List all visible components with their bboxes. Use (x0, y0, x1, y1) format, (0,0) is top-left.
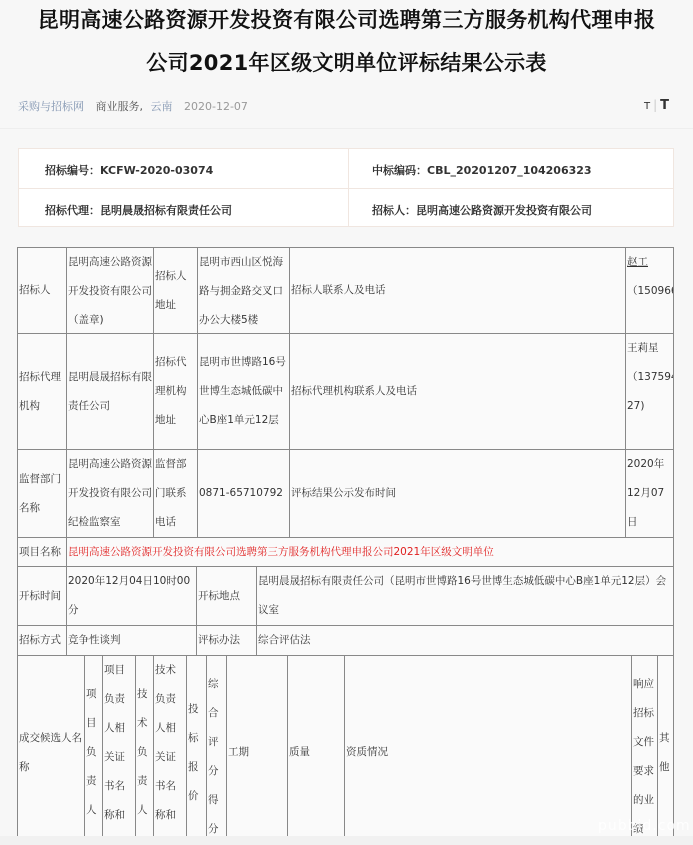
col-performance: 响应招标文件要求的业绩 (631, 655, 658, 845)
col-tech-leader: 技术负责人 (135, 655, 154, 845)
info-box: 招标编号：KCFW-2020-03074 中标编码：CBL_20201207_1… (18, 148, 674, 227)
tender-number: 招标编号：KCFW-2020-03074 (45, 162, 213, 178)
cell-tenderer-name: 昆明高速公路资源开发投资有限公司（盖章) (66, 247, 154, 334)
col-candidate-name: 成交候选人名称 (17, 655, 85, 845)
col-duration: 工期 (226, 655, 288, 845)
col-project-leader: 项目负责人 (84, 655, 103, 845)
col-bid-price: 投标报价 (186, 655, 207, 845)
header-divider (0, 128, 693, 129)
cell-eval-value: 综合评估法 (256, 625, 674, 656)
cell-agent-label: 招标代理机构 (17, 333, 67, 450)
contact-name: 赵工 (627, 256, 648, 268)
cell-method-value: 竞争性谈判 (66, 625, 197, 656)
source-link[interactable]: 采购与招标网 (18, 100, 84, 113)
cell-tenderer-addr-label: 招标人地址 (153, 247, 198, 334)
cell-eval-label: 评标办法 (196, 625, 257, 656)
cell-supervisor-label: 监督部门名称 (17, 449, 67, 538)
font-small-button[interactable]: T (644, 101, 650, 112)
page-title-line1: 昆明高速公路资源开发投资有限公司选聘第三方服务机构代理申报 (0, 4, 693, 34)
article-meta: 采购与招标网 商业服务, 云南 2020-12-07 (18, 98, 256, 114)
contact-phone: （15096659625) (627, 285, 674, 297)
cell-opening-place: 昆明晨晟招标有限责任公司（昆明市世博路16号世博生态城低碳中心B座1单元12层）… (256, 566, 674, 626)
bottom-edge (0, 836, 693, 845)
cell-opening-time: 2020年12月04日10时00分 (66, 566, 197, 626)
page-title-line2: 公司2021年区级文明单位评标结果公示表 (0, 47, 693, 77)
col-score: 综合评分得分 (206, 655, 227, 845)
tender-agent: 招标代理：昆明晨晟招标有限责任公司 (45, 202, 232, 218)
cell-agent-addr: 昆明市世博路16号世博生态城低碳中心B座1单元12层 (197, 333, 290, 450)
col-project-leader-cert: 项目负责人相关证书名称和 (102, 655, 136, 845)
font-separator: | (653, 98, 657, 112)
cell-method-label: 招标方式 (17, 625, 67, 656)
region-link[interactable]: 云南 (151, 100, 173, 113)
award-number: 中标编码：CBL_20201207_104206323 (372, 162, 592, 178)
watermark: pubbid.com (598, 818, 691, 834)
cell-tenderer-addr: 昆明市西山区悦海路与拥金路交叉口办公大楼5楼 (197, 247, 290, 334)
cell-agent-addr-label: 招标代理机构地址 (153, 333, 198, 450)
cell-project-name: 昆明高速公路资源开发投资有限公司选聘第三方服务机构代理申报公司2021年区级文明… (66, 537, 674, 567)
cell-supervisor-phone-label: 监督部门联系电话 (153, 449, 198, 538)
col-other: 其他 (657, 655, 674, 845)
tenderer: 招标人：昆明高速公路资源开发投资有限公司 (372, 202, 592, 218)
cell-tenderer-contact-label: 招标人联系人及电话 (289, 247, 626, 334)
cell-opening-place-label: 开标地点 (196, 566, 257, 626)
cell-supervisor-phone: 0871-65710792 (197, 449, 290, 538)
col-qualification: 资质情况 (344, 655, 632, 845)
cell-agent-contact-label: 招标代理机构联系人及电话 (289, 333, 626, 450)
cell-project-label: 项目名称 (17, 537, 67, 567)
col-quality: 质量 (287, 655, 345, 845)
cell-agent-name: 昆明晨晟招标有限责任公司 (66, 333, 154, 450)
font-size-switcher: T|T (644, 98, 669, 113)
col-tech-leader-cert: 技术负责人相关证书名称和 (153, 655, 187, 845)
publish-date: 2020-12-07 (184, 100, 248, 113)
category-label: 商业服务, (96, 100, 144, 113)
cell-publish-date: 2020年12月07日 (625, 449, 674, 538)
cell-opening-label: 开标时间 (17, 566, 67, 626)
cell-supervisor-name: 昆明高速公路资源开发投资有限公司纪检监察室 (66, 449, 154, 538)
info-divider-h (19, 188, 673, 189)
cell-agent-contact: 王莉星（137594285 27) (625, 333, 674, 450)
font-large-button[interactable]: T (660, 98, 669, 113)
cell-tenderer-contact: 赵工（15096659625) (625, 247, 674, 334)
cell-publish-label: 评标结果公示发布时间 (289, 449, 626, 538)
cell-tenderer-label: 招标人 (17, 247, 67, 334)
